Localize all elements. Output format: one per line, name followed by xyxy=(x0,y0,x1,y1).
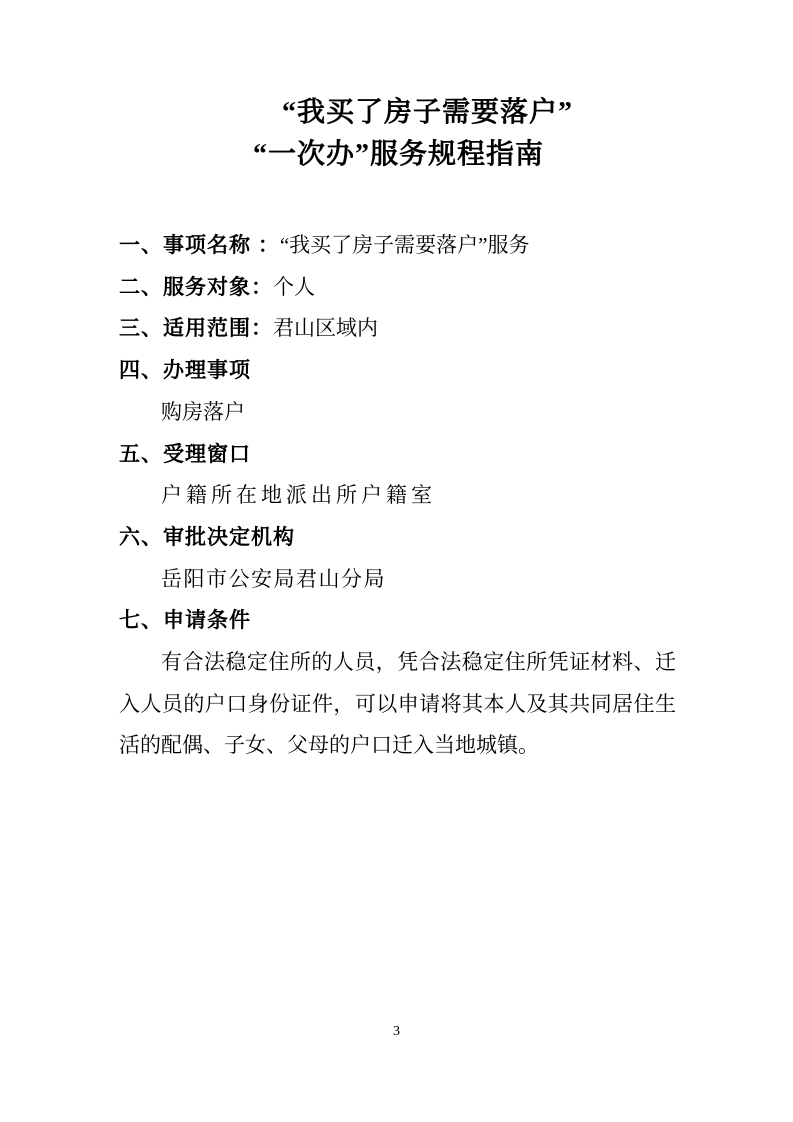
item-7-paragraph: 有合法稳定住所的人员，凭合法稳定住所凭证材料、迁入人员的户口身份证件，可以申请将… xyxy=(119,642,676,767)
item-4: 四、办理事项 购房落户 xyxy=(119,350,676,433)
item-2: 二、服务对象：个人 xyxy=(119,267,676,309)
item-1: 一、事项名称 ：“我买了房子需要落户”服务 xyxy=(119,225,676,267)
document-body: 一、事项名称 ：“我买了房子需要落户”服务 二、服务对象：个人 三、适用范围：君… xyxy=(119,225,676,767)
item-6-label: 六、审批决定机构 xyxy=(119,517,676,559)
document-title-line2: “一次办”服务规程指南 xyxy=(2,134,793,176)
item-7: 七、申请条件 有合法稳定住所的人员，凭合法稳定住所凭证材料、迁入人员的户口身份证… xyxy=(119,600,676,767)
document-page: “我买了房子需要落户” “一次办”服务规程指南 一、事项名称 ：“我买了房子需要… xyxy=(0,0,793,1122)
item-2-value: 个人 xyxy=(273,275,315,299)
item-2-label: 二、服务对象： xyxy=(119,276,273,299)
item-4-value: 购房落户 xyxy=(119,392,676,434)
item-1-label: 一、事项名称 ： xyxy=(119,234,280,257)
item-4-label: 四、办理事项 xyxy=(119,350,676,392)
page-number: 3 xyxy=(0,1024,793,1040)
item-6-value: 岳阳市公安局君山分局 xyxy=(119,559,676,601)
item-3-label: 三、适用范围： xyxy=(119,317,273,340)
document-title: “我买了房子需要落户” “一次办”服务规程指南 xyxy=(0,0,793,176)
item-1-value: “我买了房子需要落户”服务 xyxy=(280,233,530,257)
item-5-label: 五、受理窗口 xyxy=(119,434,676,476)
item-5-value: 户籍所在地派出所户籍室 xyxy=(119,475,676,517)
document-title-line1: “我买了房子需要落户” xyxy=(31,92,793,134)
item-7-label: 七、申请条件 xyxy=(119,600,676,642)
item-6: 六、审批决定机构 岳阳市公安局君山分局 xyxy=(119,517,676,600)
item-5: 五、受理窗口 户籍所在地派出所户籍室 xyxy=(119,434,676,517)
item-3-value: 君山区域内 xyxy=(273,316,378,340)
item-3: 三、适用范围：君山区域内 xyxy=(119,308,676,350)
